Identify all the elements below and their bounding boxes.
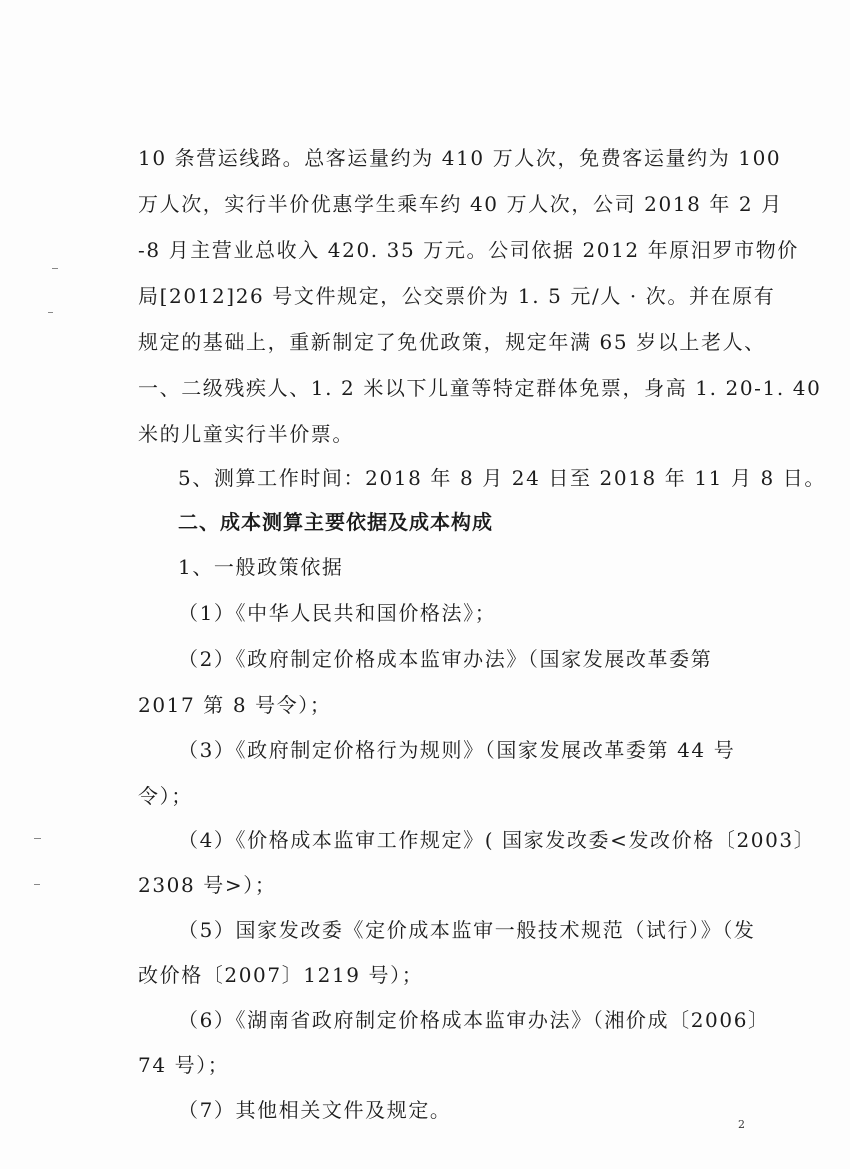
basis-item-5-cont: 改价格〔2007〕1219 号）； [138, 963, 758, 987]
page-number: 2 [738, 1118, 745, 1131]
scan-speck [48, 312, 53, 313]
basis-item-1: （1）《中华人民共和国价格法》； [178, 601, 798, 625]
basis-item-3-cont: 令）； [138, 784, 758, 808]
work-time-item: 5、测算工作时间：2018 年 8 月 24 日至 2018 年 11 月 8 … [178, 466, 798, 490]
subsection-heading: 1、一般政策依据 [178, 555, 798, 579]
basis-item-4: （4）《价格成本监审工作规定》( 国家发改委<发改价格〔2003〕 [178, 828, 798, 852]
basis-item-6: （6）《湖南省政府制定价格成本监审办法》（湘价成〔2006〕 [178, 1008, 798, 1032]
paragraph-line: 规定的基础上，重新制定了免优政策，规定年满 65 岁以上老人、 [138, 330, 758, 354]
basis-item-4-cont: 2308 号>）； [138, 873, 758, 897]
paragraph-line: 10 条营运线路。总客运量约为 410 万人次，免费客运量约为 100 [138, 146, 758, 170]
section-heading: 二、成本测算主要依据及成本构成 [178, 510, 798, 534]
basis-item-7: （7）其他相关文件及规定。 [178, 1098, 798, 1122]
paragraph-line: 万人次，实行半价优惠学生乘车约 40 万人次，公司 2018 年 2 月 [138, 192, 758, 216]
paragraph-line: 一、二级残疾人、1. 2 米以下儿童等特定群体免票，身高 1. 20-1. 40 [138, 376, 758, 400]
paragraph-line: -8 月主营业总收入 420. 35 万元。公司依据 2012 年原汨罗市物价 [138, 238, 758, 262]
paragraph-line: 米的儿童实行半价票。 [138, 422, 758, 446]
basis-item-5: （5）国家发改委《定价成本监审一般技术规范（试行）》（发 [178, 918, 798, 942]
paragraph-line: 局[2012]26 号文件规定，公交票价为 1. 5 元/人 · 次。并在原有 [138, 284, 758, 308]
basis-item-2-cont: 2017 第 8 号令）； [138, 693, 758, 717]
basis-item-3: （3）《政府制定价格行为规则》（国家发展改革委第 44 号 [178, 738, 798, 762]
scan-speck [34, 838, 41, 839]
scan-speck [52, 268, 58, 269]
basis-item-6-cont: 74 号）； [138, 1053, 758, 1077]
document-page: 10 条营运线路。总客运量约为 410 万人次，免费客运量约为 100 万人次，… [0, 0, 850, 1169]
scan-speck [34, 884, 40, 885]
basis-item-2: （2）《政府制定价格成本监审办法》（国家发展改革委第 [178, 647, 798, 671]
